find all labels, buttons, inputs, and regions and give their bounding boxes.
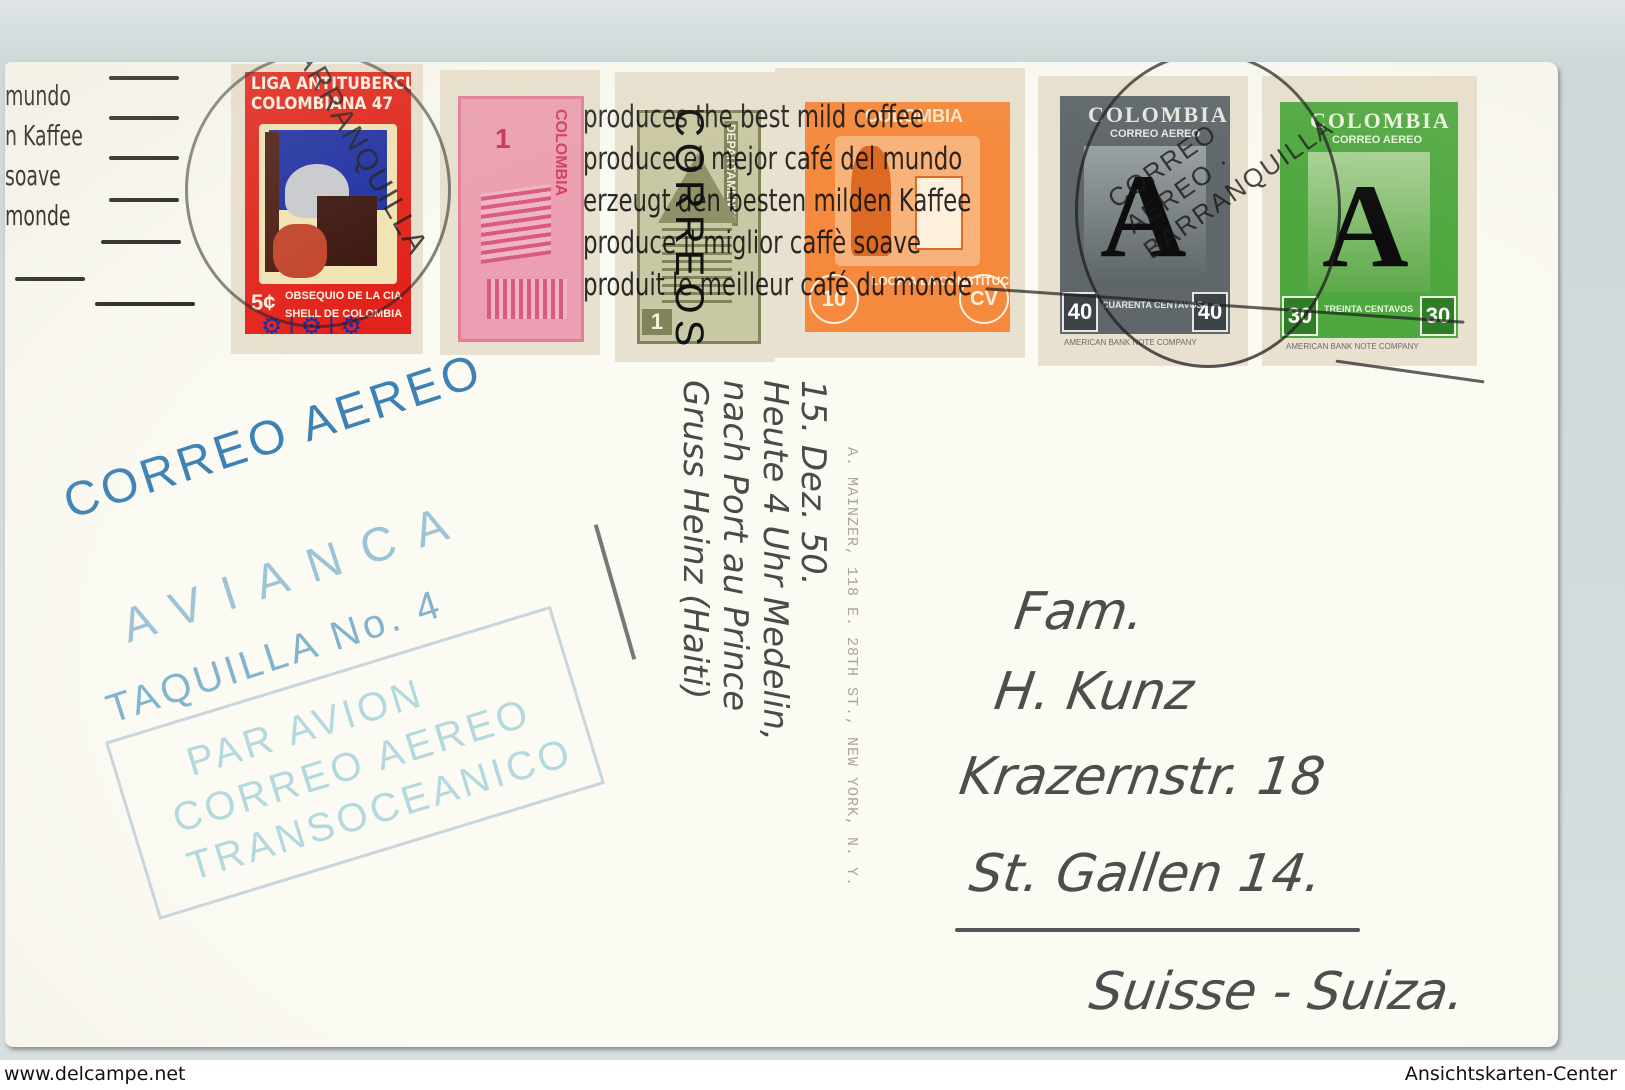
cancel-bar [101,240,181,244]
slogan-line: erzeugt den besten milden Kaffee [583,180,972,222]
address-city: St. Gallen 14. [966,844,1326,904]
footer-watermark-right: Ansichtskarten-Center [1405,1063,1617,1085]
message-line: Heute 4 Uhr Medelin, [755,380,795,741]
postmark-text: BARRANQUILLA [277,62,434,261]
address-name: H. Kunz [991,662,1198,722]
slogan-cancel-center: produces the best mild coffee produce el… [583,96,972,306]
slogan-line: n Kaffee [5,116,83,156]
footer-watermark-left: www.delcampe.net [4,1063,186,1085]
publisher-imprint: A. MAINZER, 118 E. 28TH ST., NEW YORK, N… [843,447,860,887]
address-underline [955,928,1360,932]
message-line: nach Port au Prince [715,380,755,711]
slogan-line: produit le meilleur café du monde [583,264,972,306]
slogan-cancel-left: mundo n Kaffee soave monde [5,76,83,236]
slogan-line: soave [5,156,83,196]
cancel-bar [109,76,179,80]
stamp-text: CORREO AEREO [1332,134,1422,146]
postmark-left: BARRANQUILLA [185,62,451,328]
message-signature: Gruss Heinz (Haiti) [675,380,715,699]
postmark-right: CORREO AEREO · BARRANQUILLA [1075,62,1341,368]
building-picture [487,279,567,319]
message-underline [594,524,636,660]
building-picture [481,184,551,264]
address-line: Fam. [1011,582,1148,642]
postmark-text: CORREO AEREO · BARRANQUILLA [1102,62,1344,266]
slogan-line: produces the best mild coffee [583,96,972,138]
cancel-bar [95,302,195,306]
address-street: Krazernstr. 18 [956,747,1329,807]
stamp-value: 30 [1420,296,1456,336]
cancel-bar [109,198,179,202]
postcard: mundo n Kaffee soave monde LIGA ANTITUBE… [5,62,1558,1047]
cancel-bar [109,156,179,160]
slogan-line: produce il miglior caffè soave [583,222,972,264]
slogan-line: produce el mejor café del mundo [583,138,972,180]
message-date: 15. Dez. 50. [793,380,833,586]
address-country: Suisse - Suiza. [1086,962,1469,1022]
stamp-printer: AMERICAN BANK NOTE COMPANY [1286,342,1419,351]
cancel-bar [15,277,85,281]
cancel-bar [109,116,179,120]
stamp-text: COLOMBIA [551,109,569,196]
slogan-line: mundo [5,76,83,116]
stamp-value: 1 [495,123,511,155]
slogan-line: monde [5,196,83,236]
stamp-palacio-comunicaciones: COLOMBIA 1 [440,70,600,355]
stamp-value: 40 [1062,292,1098,332]
